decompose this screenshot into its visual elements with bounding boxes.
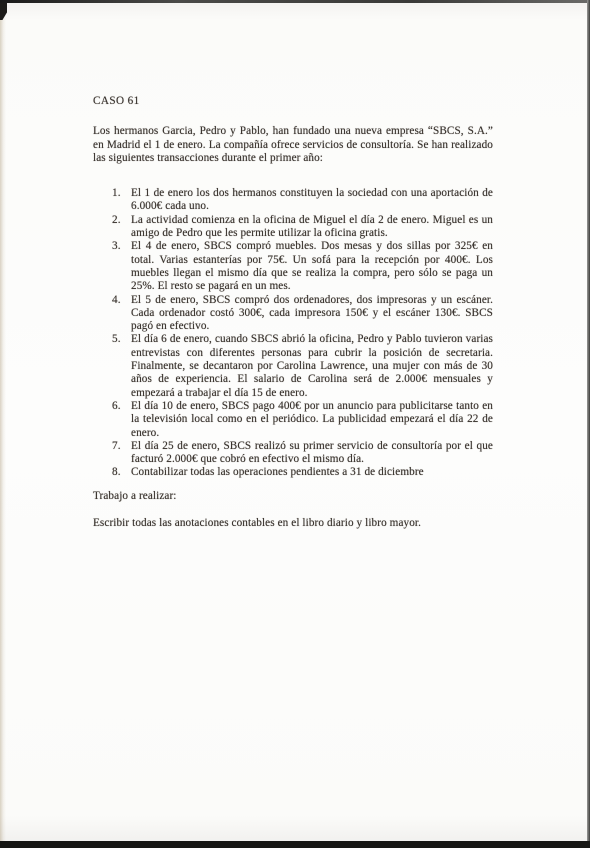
list-item-text: El día 25 de enero, SBCS realizó su prim… — [131, 440, 493, 467]
list-item-number: 4. — [112, 294, 131, 334]
list-item-number: 7. — [112, 440, 131, 467]
list-item-text: El 5 de enero, SBCS compró dos ordenador… — [131, 294, 493, 334]
list-item-text: El 1 de enero los dos hermanos constituy… — [131, 187, 493, 214]
paper-left-edge-shadow — [0, 3, 6, 841]
list-item-number: 6. — [112, 400, 131, 440]
list-item: 7. El día 25 de enero, SBCS realizó su p… — [112, 440, 493, 467]
scanner-edge-bottom — [0, 841, 590, 848]
list-item: 6. El día 10 de enero, SBCS pago 400€ po… — [112, 400, 493, 440]
scanner-edge-top — [0, 0, 590, 3]
document-content: CASO 61 Los hermanos Garcia, Pedro y Pab… — [93, 95, 493, 530]
list-item: 4. El 5 de enero, SBCS compró dos ordena… — [112, 294, 493, 334]
list-item-text: La actividad comienza en la oficina de M… — [131, 214, 493, 241]
list-item-number: 2. — [112, 214, 131, 241]
list-item: 3. El 4 de enero, SBCS compró muebles. D… — [112, 240, 493, 293]
list-item-text: El día 6 de enero, cuando SBCS abrió la … — [131, 333, 493, 399]
case-title: CASO 61 — [93, 95, 493, 108]
list-item-number: 1. — [112, 187, 131, 214]
list-item-text: Contabilizar todas las operaciones pendi… — [131, 466, 493, 479]
list-item-number: 3. — [112, 240, 131, 293]
intro-paragraph: Los hermanos Garcia, Pedro y Pablo, han … — [93, 125, 493, 165]
scanned-page: CASO 61 Los hermanos Garcia, Pedro y Pab… — [0, 0, 590, 848]
list-item-text: El 4 de enero, SBCS compró muebles. Dos … — [131, 240, 493, 293]
task-body: Escribir todas las anotaciones contables… — [93, 517, 493, 530]
paper-sheet: CASO 61 Los hermanos Garcia, Pedro y Pab… — [0, 3, 587, 841]
task-header: Trabajo a realizar: — [93, 490, 493, 503]
transactions-list: 1. El 1 de enero los dos hermanos consti… — [93, 187, 493, 480]
list-item: 1. El 1 de enero los dos hermanos consti… — [112, 187, 493, 214]
list-item-number: 5. — [112, 333, 131, 399]
list-item: 5. El día 6 de enero, cuando SBCS abrió … — [112, 333, 493, 399]
list-item-text: El día 10 de enero, SBCS pago 400€ por u… — [131, 400, 493, 440]
list-item-number: 8. — [112, 466, 131, 479]
list-item: 2. La actividad comienza en la oficina d… — [112, 214, 493, 241]
list-item: 8. Contabilizar todas las operaciones pe… — [112, 466, 493, 479]
